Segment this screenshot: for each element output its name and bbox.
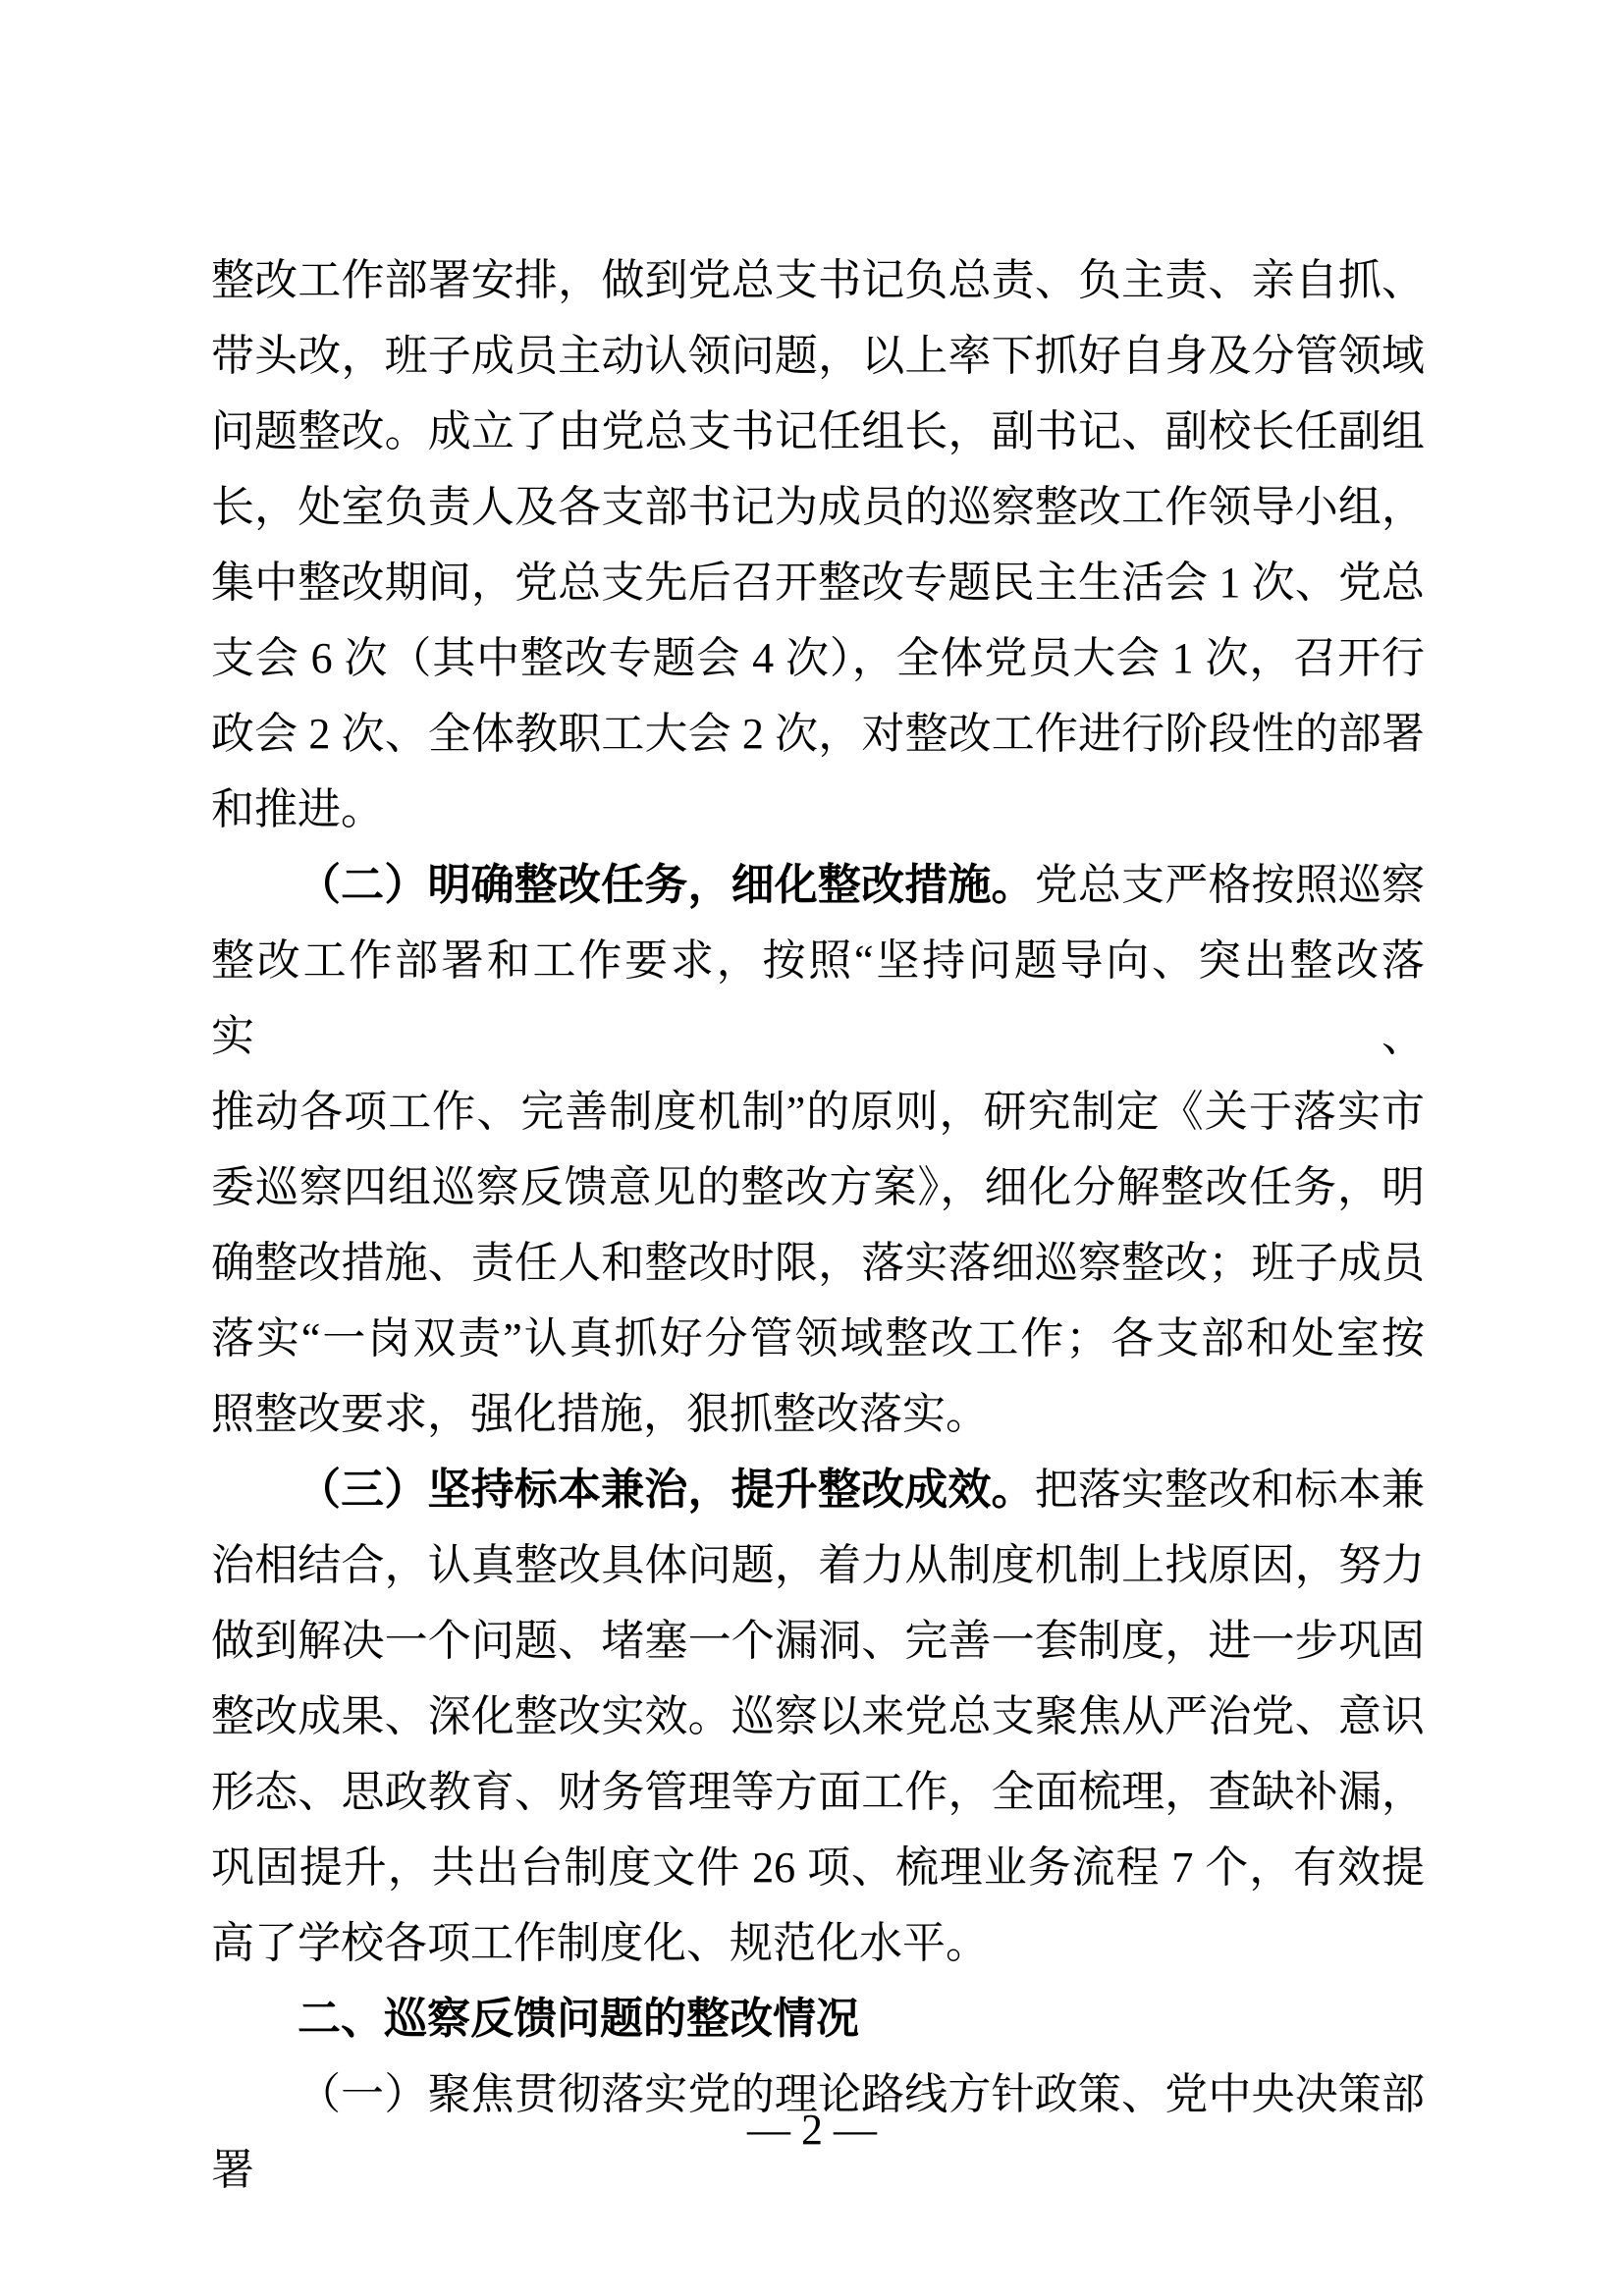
subsection-lead-2-body: 党总支严格按照巡察 bbox=[1035, 861, 1425, 909]
text-line: 支会 6 次（其中整改专题会 4 次），全体党员大会 1 次，召开行 bbox=[211, 620, 1425, 696]
text-line: 整改工作部署和工作要求，按照“坚持问题导向、突出整改落实、 bbox=[211, 923, 1425, 1074]
text-line: 委巡察四组巡察反馈意见的整改方案》，细化分解整改任务，明 bbox=[211, 1149, 1425, 1225]
text-line: 落实“一岗双责”认真抓好分管领域整改工作；各支部和处室按 bbox=[211, 1301, 1425, 1376]
text-line: 形态、思政教育、财务管理等方面工作，全面梳理，查缺补漏， bbox=[211, 1754, 1425, 1830]
text-line: 带头改，班子成员主动认领问题，以上率下抓好自身及分管领域 bbox=[211, 318, 1425, 394]
section-heading-2: 二、巡察反馈问题的整改情况 bbox=[211, 1981, 1425, 2056]
text-line: 整改成果、深化整改实效。巡察以来党总支聚焦从严治党、意识 bbox=[211, 1679, 1425, 1754]
paragraph-end-line: 和推进。 bbox=[211, 772, 1425, 847]
subsection-lead-3-body: 把落实整改和标本兼 bbox=[1035, 1466, 1425, 1514]
text-line: 巩固提升，共出台制度文件 26 项、梳理业务流程 7 个，有效提 bbox=[211, 1830, 1425, 1905]
text-line: 集中整改期间，党总支先后召开整改专题民主生活会 1 次、党总 bbox=[211, 545, 1425, 620]
document-body: 整改工作部署安排，做到党总支书记负总责、负主责、亲自抓、 带头改，班子成员主动认… bbox=[211, 242, 1425, 2208]
text-line: 政会 2 次、全体教职工大会 2 次，对整改工作进行阶段性的部署 bbox=[211, 696, 1425, 772]
text-line: 推动各项工作、完善制度机制”的原则，研究制定《关于落实市 bbox=[211, 1074, 1425, 1149]
text-line: 做到解决一个问题、堵塞一个漏洞、完善一套制度，进一步巩固 bbox=[211, 1603, 1425, 1679]
text-line: 问题整改。成立了由党总支书记任组长，副书记、副校长任副组 bbox=[211, 394, 1425, 469]
subsection-lead-2-title: （二）明确整改任务，细化整改措施。 bbox=[298, 861, 1035, 909]
paragraph-end-line: 高了学校各项工作制度化、规范化水平。 bbox=[211, 1905, 1425, 1981]
subsection-lead-2: （二）明确整改任务，细化整改措施。党总支严格按照巡察 bbox=[211, 847, 1425, 923]
paragraph-end-line: 照整改要求，强化措施，狠抓整改落实。 bbox=[211, 1376, 1425, 1452]
text-line: 确整改措施、责任人和整改时限，落实落细巡察整改；班子成员 bbox=[211, 1225, 1425, 1301]
text-line: 长，处室负责人及各支部书记为成员的巡察整改工作领导小组， bbox=[211, 469, 1425, 545]
document-page: 整改工作部署安排，做到党总支书记负总责、负主责、亲自抓、 带头改，班子成员主动认… bbox=[0, 0, 1624, 2296]
text-line: 治相结合，认真整改具体问题，着力从制度机制上找原因，努力 bbox=[211, 1527, 1425, 1603]
subsection-lead-3: （三）坚持标本兼治，提升整改成效。把落实整改和标本兼 bbox=[211, 1452, 1425, 1527]
text-line: 整改工作部署安排，做到党总支书记负总责、负主责、亲自抓、 bbox=[211, 242, 1425, 318]
subsection-lead-3-title: （三）坚持标本兼治，提升整改成效。 bbox=[298, 1466, 1035, 1514]
page-number: — 2 — bbox=[0, 2101, 1624, 2160]
